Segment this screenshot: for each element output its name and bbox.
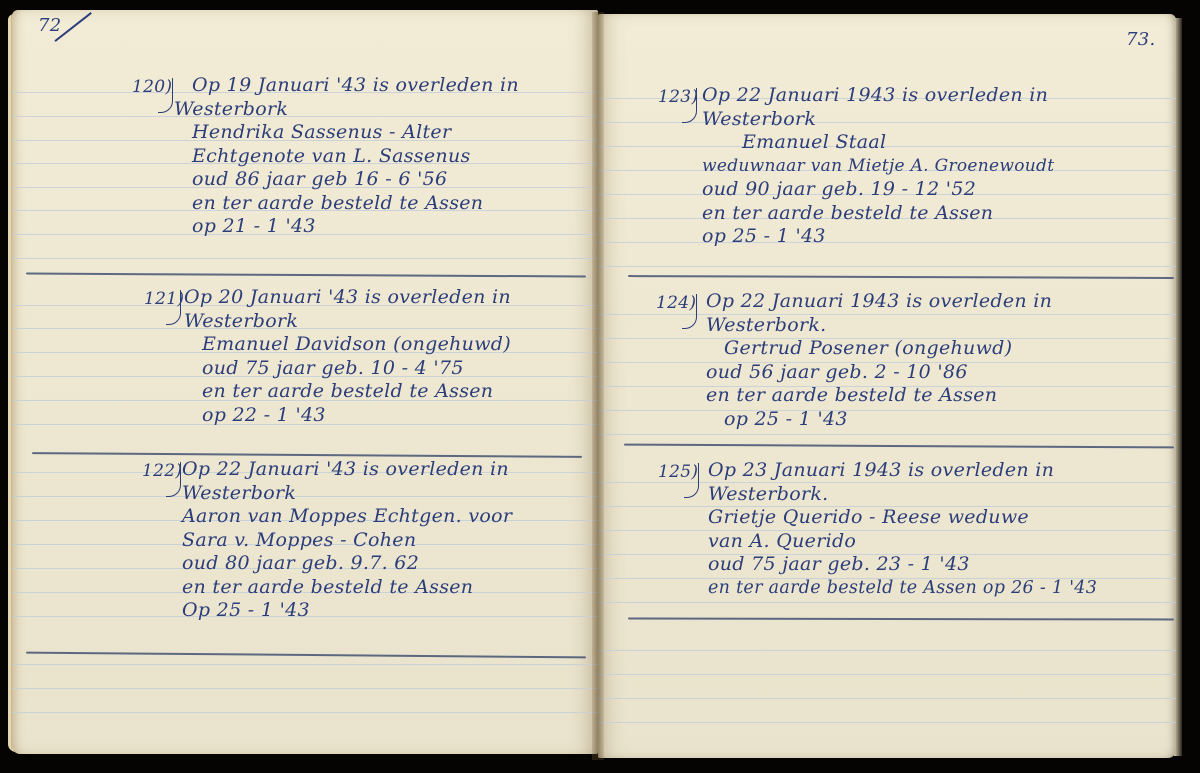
entry-line: Grietje Querido - Reese weduwe [708, 506, 1097, 530]
entry-bracket [166, 290, 181, 325]
entry-line: en ter aarde besteld te Assen op 26 - 1 … [708, 577, 1097, 601]
entry-line: Aaron van Moppes Echtgen. voor [182, 505, 512, 529]
entry-line: oud 75 jaar geb. 10 - 4 '75 [184, 357, 511, 381]
entry-divider [628, 275, 1174, 279]
right-page: 73. 123) Op 22 Januari 1943 is overleden… [598, 14, 1176, 758]
entry-line: Op 22 Januari '43 is overleden in [182, 458, 512, 482]
entry-line: Op 23 Januari 1943 is overleden in [708, 459, 1097, 483]
entry-divider [26, 273, 586, 278]
entry-line: op 25 - 1 '43 [706, 408, 1052, 432]
entry-bracket [682, 294, 697, 329]
entry-line: Sara v. Moppes - Cohen [182, 529, 512, 553]
entry-line: Gertrud Posener (ongehuwd) [706, 337, 1052, 361]
entry-line: Op 20 Januari '43 is overleden in [184, 286, 511, 310]
entry-line: oud 90 jaar geb. 19 - 12 '52 [702, 178, 1054, 202]
entry-line: Op 19 Januari '43 is overleden in [174, 74, 519, 98]
entry-line: en ter aarde besteld te Assen [702, 202, 1054, 226]
entry-line: en ter aarde besteld te Assen [184, 380, 511, 404]
page-number: 73. [1126, 28, 1156, 52]
entry-line: en ter aarde besteld te Assen [706, 384, 1052, 408]
entry-line: Op 25 - 1 '43 [182, 599, 512, 623]
entry-line: Op 22 Januari 1943 is overleden in [702, 84, 1054, 108]
entry-line: Westerbork. [706, 314, 1052, 338]
book-gutter [592, 12, 604, 760]
entry-line: oud 56 jaar geb. 2 - 10 '86 [706, 361, 1052, 385]
entry-line: op 25 - 1 '43 [702, 225, 1054, 249]
entry-divider [26, 652, 586, 659]
entry-line: Westerbork. [708, 483, 1097, 507]
entry-bracket [166, 462, 181, 497]
entry-line: Emanuel Davidson (ongehuwd) [184, 333, 511, 357]
entry-line: op 21 - 1 '43 [174, 215, 519, 239]
entry-line: oud 75 jaar geb. 23 - 1 '43 [708, 553, 1097, 577]
entry-line: Westerbork [174, 98, 519, 122]
entry-bracket [682, 88, 697, 123]
entry-line: en ter aarde besteld te Assen [182, 576, 512, 600]
entry-line: Op 22 Januari 1943 is overleden in [706, 290, 1052, 314]
entry-divider [624, 444, 1174, 449]
entry-line: Hendrika Sassenus - Alter [174, 121, 519, 145]
entry-line: en ter aarde besteld te Assen [174, 192, 519, 216]
entry-bracket [684, 463, 699, 498]
open-notebook: 72 120) Op 19 Januari '43 is overleden i… [0, 0, 1200, 773]
entry-bracket [158, 78, 173, 113]
entry-line: oud 80 jaar geb. 9.7. 62 [182, 552, 512, 576]
entry-line: op 22 - 1 '43 [184, 404, 511, 428]
entry-divider [628, 618, 1174, 621]
left-page: 72 120) Op 19 Januari '43 is overleden i… [12, 10, 598, 754]
entry-line: van A. Querido [708, 530, 1097, 554]
entry-line: oud 86 jaar geb 16 - 6 '56 [174, 168, 519, 192]
entry-line: Echtgenote van L. Sassenus [174, 145, 519, 169]
entry-line: Westerbork [184, 310, 511, 334]
page-number: 72 [38, 14, 62, 38]
entry-line: weduwnaar van Mietje A. Groenewoudt [702, 155, 1054, 179]
entry-line: Emanuel Staal [702, 131, 1054, 155]
entry-line: Westerbork [702, 108, 1054, 132]
entry-line: Westerbork [182, 482, 512, 506]
